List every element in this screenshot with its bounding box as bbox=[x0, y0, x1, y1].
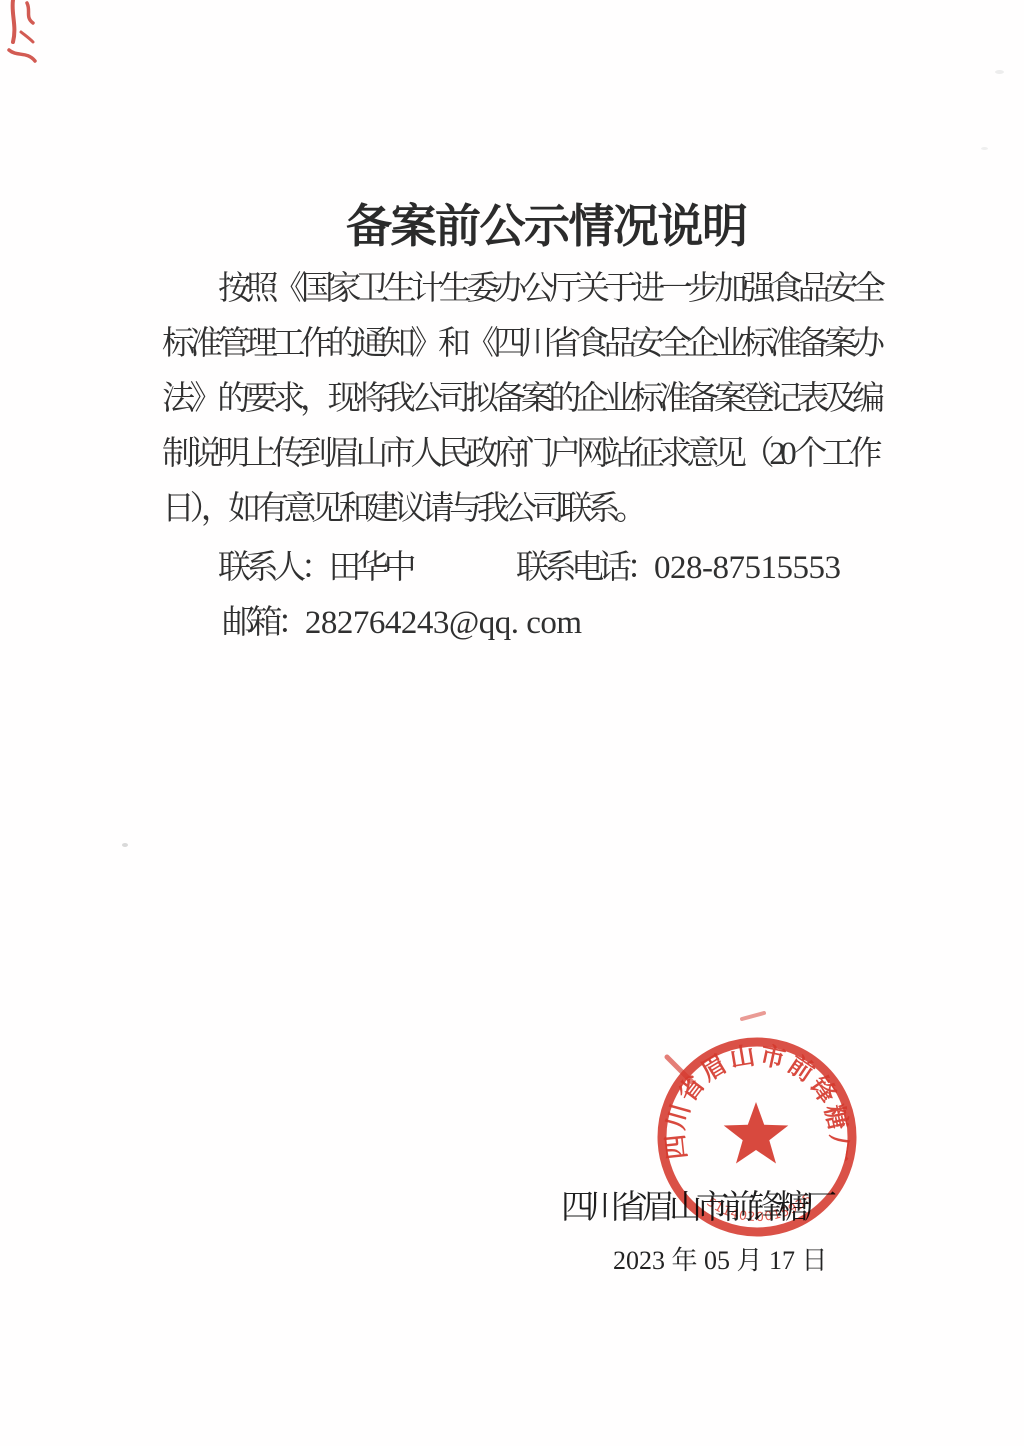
scan-speck bbox=[995, 70, 1004, 74]
paragraph-line-2: 标准管理工作的通知》和《四川省食品安全企业标准备案办 bbox=[162, 325, 880, 363]
document-title: 备案前公示情况说明 bbox=[346, 190, 747, 256]
company-seal-stamp: 四川省眉山市前锋糖厂 5114020015935 bbox=[645, 1005, 869, 1249]
paragraph-line-4: 制说明上传到眉山市人民政府门户网站征求意见（20 个工作 bbox=[162, 435, 877, 473]
paragraph-line-5: 日），如有意见和建议请与我公司联系。 bbox=[162, 490, 642, 528]
email-label: 邮箱： bbox=[222, 605, 305, 641]
corner-ink-marks bbox=[0, 0, 48, 72]
paragraph-line-3: 法》的要求，现将我公司拟备案的企业标准备案登记表及编 bbox=[162, 380, 880, 418]
stamp-ink-dash bbox=[742, 1013, 764, 1019]
scan-speck bbox=[981, 147, 988, 150]
contact-person-name: 田华中 bbox=[328, 550, 411, 586]
document-page: 备案前公示情况说明 按照《国家卫生计生委办公厅关于进一步加强食品安全 标准管理工… bbox=[0, 0, 1024, 1446]
contact-phone-number: 028-87515553 bbox=[654, 550, 841, 586]
contact-phone: 联系电话：028-87515553 bbox=[516, 541, 841, 588]
contact-person: 联系人：田华中 bbox=[218, 541, 411, 588]
email-address: 282764243@qq. com bbox=[305, 605, 582, 641]
contact-phone-label: 联系电话： bbox=[516, 550, 654, 586]
paragraph-line-1: 按照《国家卫生计生委办公厅关于进一步加强食品安全 bbox=[218, 270, 880, 308]
stamp-star-icon bbox=[724, 1102, 789, 1164]
email-line: 邮箱：282764243@qq. com bbox=[222, 596, 582, 643]
scan-speck bbox=[122, 843, 128, 847]
contact-person-label: 联系人： bbox=[218, 550, 328, 586]
